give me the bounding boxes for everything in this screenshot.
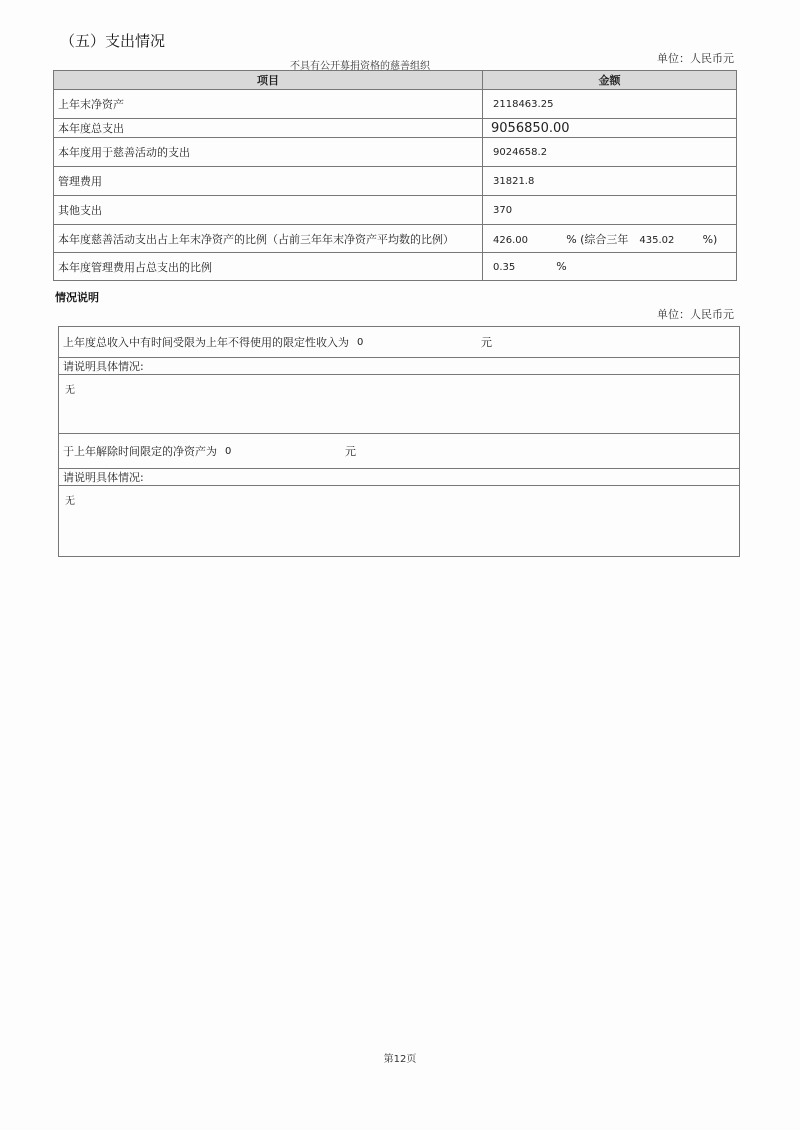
column-header-amount: 金额	[483, 71, 737, 90]
table-row: 上年末净资产 2118463.25	[54, 90, 737, 119]
prompt-label: 请说明具体情况:	[63, 358, 144, 374]
line-value[interactable]: 0	[357, 337, 481, 348]
explain-textarea[interactable]: 无	[59, 375, 739, 434]
line-label: 于上年解除时间限定的净资产为	[63, 443, 217, 459]
column-header-item: 项目	[54, 71, 483, 90]
unit-label: 单位：人民币元	[657, 50, 734, 66]
page-number: 第12页	[0, 1050, 800, 1065]
notes-heading: 情况说明	[55, 289, 99, 305]
section-title: （五）支出情况	[60, 30, 165, 51]
row-label: 其他支出	[54, 196, 483, 225]
notes-unit-label: 单位：人民币元	[657, 306, 734, 322]
row-value: 9024658.2	[483, 138, 737, 167]
row-label: 本年度慈善活动支出占上年末净资产的比例（占前三年年末净资产平均数的比例）	[54, 225, 483, 253]
mgmt-ratio-value: 0.35	[493, 262, 553, 273]
row-label: 本年度用于慈善活动的支出	[54, 138, 483, 167]
mgmt-ratio-pct: %	[556, 260, 566, 273]
explain-prompt: 请说明具体情况:	[59, 358, 739, 375]
prompt-label: 请说明具体情况:	[63, 469, 144, 485]
explain-content: 无	[65, 381, 75, 396]
row-label: 本年度总支出	[54, 119, 483, 138]
row-value: 426.00 % (综合三年 435.02 %)	[483, 225, 737, 253]
table-row: 管理费用 31821.8	[54, 167, 737, 196]
row-value: 9056850.00	[483, 119, 737, 138]
table-header-row: 项目 金额	[54, 71, 737, 90]
row-label: 上年末净资产	[54, 90, 483, 119]
ratio-value: 426.00	[493, 235, 563, 246]
row-label: 本年度管理费用占总支出的比例	[54, 253, 483, 281]
row-label: 管理费用	[54, 167, 483, 196]
ratio-pct-text: % (综合三年	[566, 231, 636, 247]
explain-prompt: 请说明具体情况:	[59, 469, 739, 486]
table-row-ratio: 本年度慈善活动支出占上年末净资产的比例（占前三年年末净资产平均数的比例） 426…	[54, 225, 737, 253]
row-value: 2118463.25	[483, 90, 737, 119]
table-row: 本年度总支出 9056850.00	[54, 119, 737, 138]
row-value: 0.35 %	[483, 253, 737, 281]
line-unit: 元	[345, 443, 356, 459]
ratio-close-text: %)	[703, 233, 718, 246]
table-row: 本年度用于慈善活动的支出 9024658.2	[54, 138, 737, 167]
row-value: 31821.8	[483, 167, 737, 196]
row-value: 370	[483, 196, 737, 225]
line-value[interactable]: 0	[225, 446, 345, 457]
explain-content: 无	[65, 492, 75, 507]
expenditure-table: 项目 金额 上年末净资产 2118463.25 本年度总支出 9056850.0…	[53, 70, 737, 281]
table-row: 其他支出 370	[54, 196, 737, 225]
explain-textarea[interactable]: 无	[59, 486, 739, 556]
released-assets-line: 于上年解除时间限定的净资产为 0 元	[59, 434, 739, 469]
restricted-income-line: 上年度总收入中有时间受限为上年不得使用的限定性收入为 0 元	[59, 327, 739, 358]
three-year-ratio-value: 435.02	[639, 235, 699, 246]
table-row-mgmt-ratio: 本年度管理费用占总支出的比例 0.35 %	[54, 253, 737, 281]
restricted-income-box: 上年度总收入中有时间受限为上年不得使用的限定性收入为 0 元 请说明具体情况: …	[58, 326, 740, 557]
line-label: 上年度总收入中有时间受限为上年不得使用的限定性收入为	[63, 334, 349, 350]
line-unit: 元	[481, 334, 492, 350]
